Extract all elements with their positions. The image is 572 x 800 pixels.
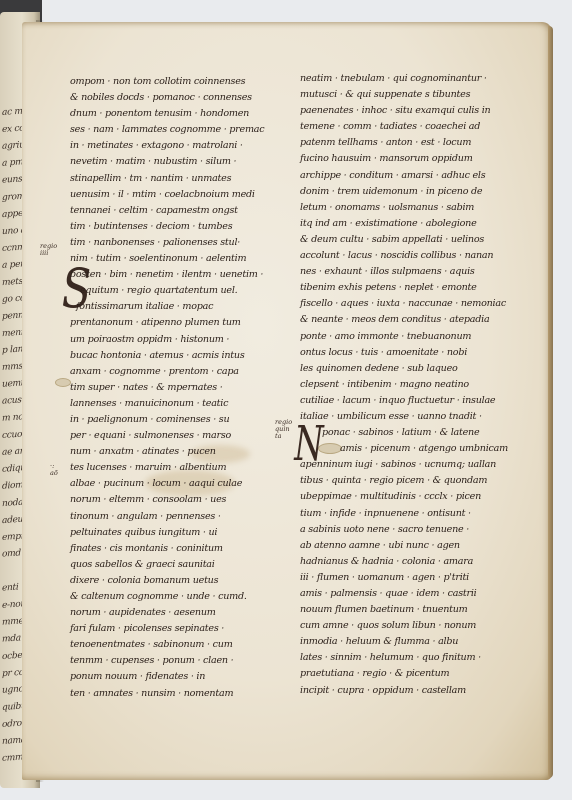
text-line: ponte · amo immonte · tnebuanonum	[300, 329, 528, 345]
text-line: lates · sinnim · helumum · quo finitum ·	[300, 650, 528, 666]
text-line: a sabinis uoto nene · sacro tenuene ·	[300, 522, 528, 538]
text-line: tenoenentmates · sabinonum · cum	[70, 637, 298, 653]
text-line: & caltenum cognomme · unde · cumd.	[70, 589, 298, 605]
verso-text-fragment: uemi	[2, 378, 23, 389]
verso-text-fragment: acus	[2, 395, 22, 406]
text-line: cum amne · quos solum libun · nonum	[300, 618, 528, 634]
text-line: ponum nouum · fidenates · in	[70, 669, 298, 685]
text-line: tibus · quinta · regio picem · & quondam	[300, 473, 528, 489]
text-line: praetutiana · regio · & picentum	[300, 666, 528, 682]
text-line: inmodia · heluum & flumma · albu	[300, 634, 528, 650]
text-line: letum · onomams · uolsmanus · sabim	[300, 200, 528, 216]
text-line: italiae · umbilicum esse · uanno tnadit …	[300, 409, 528, 425]
text-line: norum · aupidenates · aesenum	[70, 605, 298, 621]
text-line: ontus locus · tuis · amoenitate · nobi	[300, 345, 528, 361]
text-line: & deum cultu · sabim appellati · uelinos	[300, 232, 528, 248]
text-line: & nobiles docds · pomanoc · connenses	[70, 90, 298, 106]
text-line: accolunt · lacus · noscidis collibus · n…	[300, 248, 528, 264]
text-line: tium · infide · inpnuenene · ontisunt ·	[300, 506, 528, 522]
verso-text-fragment: ugno	[2, 684, 24, 696]
text-line: ponac · sabinos · latium · & latene	[300, 425, 528, 441]
text-line: lannenses · manuicinonum · teatic	[70, 396, 298, 412]
text-line: um poiraostm oppidm · histonum ·	[70, 332, 298, 348]
text-line: temene · comm · tadiates · coaechei ad	[300, 119, 528, 135]
text-line: incipit · cupra · oppidum · castellam	[300, 683, 528, 699]
text-line: tim super · nates · & mpernates ·	[70, 380, 298, 396]
text-line: per · equani · sulmonenses · marso	[70, 428, 298, 444]
text-line: fari fulam · picolenses sepinates ·	[70, 621, 298, 637]
verso-text-fragment: euns	[2, 174, 22, 185]
text-line: ompom · non tom collotim coinnenses	[70, 74, 298, 90]
text-line: nevetim · matim · nubustim · silum ·	[70, 154, 298, 170]
text-line: & neante · meos dem conditus · atepadia	[300, 312, 528, 328]
text-line: donim · trem uidemonum · in piceno de	[300, 184, 528, 200]
text-line: amis · palmensis · quae · idem · castrii	[300, 586, 528, 602]
text-line: nouum flumen baetinum · tnuentum	[300, 602, 528, 618]
text-line: ten · amnates · nunsim · nomentam	[70, 686, 298, 702]
text-line: tinonum · angulam · pennenses ·	[70, 509, 298, 525]
text-line: peltuinates quibus iungitum · ui	[70, 525, 298, 541]
text-line: finates · cis montanis · coninitum	[70, 541, 298, 557]
text-line: mutusci · & qui suppenate s tibuntes	[300, 87, 528, 103]
text-line: quos sabellos & graeci saunitai	[70, 557, 298, 573]
text-line: bosten · bim · nenetim · ilentm · ueneti…	[70, 267, 298, 283]
verso-text-fragment: mda	[2, 633, 21, 644]
marginal-note-regio-iiii: regio iiii	[40, 243, 57, 257]
text-line: itq ind am · existimatione · abolegione	[300, 216, 528, 232]
parchment-hole-left	[55, 378, 71, 387]
right-text-column: neatim · tnebulam · qui cognominantur ·m…	[300, 71, 528, 699]
text-line: tim · nanbonenses · palionenses stul·	[70, 235, 298, 251]
text-line: fontissimarum italiae · mopac	[70, 299, 298, 315]
text-line: tennanei · celtim · capamestm ongst	[70, 203, 298, 219]
text-line: ubeppimae · multitudinis · ccclx · picen	[300, 489, 528, 505]
text-line: bucac hontonia · atemus · acmis intus	[70, 348, 298, 364]
text-line: cutiliae · lacum · inquo fluctuetur · in…	[300, 393, 528, 409]
text-line: num · anxatm · atinates · pucen	[70, 444, 298, 460]
text-line: dixere · colonia bomanum uetus	[70, 573, 298, 589]
text-line: clepsent · intibenim · magno neatino	[300, 377, 528, 393]
text-line: fiscello · aques · iuxta · naccunae · ne…	[300, 296, 528, 312]
verso-text-fragment: m no	[2, 412, 23, 423]
text-line: nes · exhaunt · illos sulpmaens · aquis	[300, 264, 528, 280]
text-line: dnum · ponentom tenusim · hondomen	[70, 106, 298, 122]
verso-text-fragment: diom	[2, 480, 23, 491]
text-line: apenninum iugi · sabinos · ucnumq; ualla…	[300, 457, 528, 473]
text-line: albae · pucinum · locum · aaqui culae	[70, 476, 298, 492]
text-line: prentanonum · atipenno plumen tum	[70, 315, 298, 331]
verso-text-fragment: mme	[2, 616, 24, 628]
folio-right-edge	[548, 26, 553, 778]
text-line: in · metinates · extagono · matrolani ·	[70, 138, 298, 154]
text-line: fucino hausuim · mansorum oppidum	[300, 151, 528, 167]
text-line: hadnianus & hadnia · colonia · amara	[300, 554, 528, 570]
text-line: uenusim · il · mtim · coelacbnoium medi	[70, 187, 298, 203]
text-line: norum · eltemm · consoolam · ues	[70, 492, 298, 508]
text-line: patenm tellhams · anton · est · locum	[300, 135, 528, 151]
text-line: stinapellim · tm · nantim · unmates	[70, 171, 298, 187]
text-line: ab atenno aamne · ubi nunc · agen	[300, 538, 528, 554]
text-line: amis · picenum · atgengo umbnicam	[300, 441, 528, 457]
text-line: in · paelignonum · cominenses · su	[70, 412, 298, 428]
text-line: ses · nam · lammates cognomme · premac	[70, 122, 298, 138]
text-line: les quinomen dedene · sub laqueo	[300, 361, 528, 377]
verso-text-fragment: omd	[2, 548, 21, 559]
text-line: equitum · regio quartatentum uel.	[70, 283, 298, 299]
text-line: tim · butintenses · deciom · tumbes	[70, 219, 298, 235]
text-line: paenenates · inhoc · situ examqui culis …	[300, 103, 528, 119]
text-line: neatim · tnebulam · qui cognominantur ·	[300, 71, 528, 87]
text-line: tes lucenses · maruim · albentium	[70, 460, 298, 476]
text-line: nim · tutim · soelentinonum · aelentim	[70, 251, 298, 267]
marginal-note-lower-left: ·: aõ	[50, 463, 58, 477]
text-line: iii · flumen · uomanum · agen · p'triti	[300, 570, 528, 586]
text-line: anxam · cognomme · prentom · capa	[70, 364, 298, 380]
left-text-column: ompom · non tom collotim coinnenses& nob…	[70, 74, 298, 702]
text-line: archippe · conditum · amarsi · adhuc els	[300, 168, 528, 184]
verso-text-fragment: enti	[2, 582, 18, 593]
text-line: tenmm · cupenses · ponum · claen ·	[70, 653, 298, 669]
text-line: tibenim exhis petens · neplet · emonte	[300, 280, 528, 296]
